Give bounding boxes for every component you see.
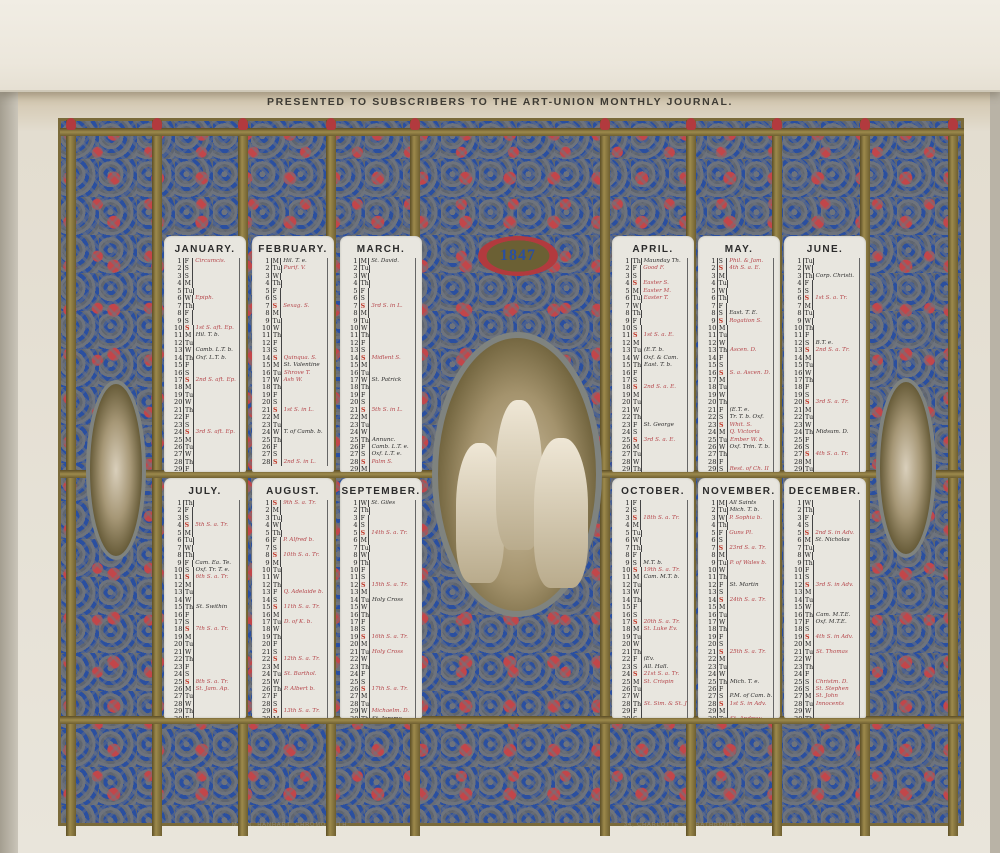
day-list: 1WSt. Giles2Th3F4S5S14th S. a. Tr.6M7Tu8… <box>350 500 416 718</box>
day-row: 15ThSt. Swithin <box>174 604 239 611</box>
day-event <box>642 399 687 406</box>
weekday: F <box>632 656 642 663</box>
day-row: 8W <box>794 552 859 559</box>
weekday: W <box>184 701 194 708</box>
day-row: 22M <box>708 656 773 663</box>
day-row: 16ThCam. M.T.E. <box>794 612 859 619</box>
day-row: 4F <box>794 280 859 287</box>
day-event <box>641 522 687 529</box>
day-event: Ash W. <box>282 377 327 384</box>
month-name: FEBRUARY. <box>252 236 334 258</box>
day-row: 21F(E.T. e. <box>708 407 773 414</box>
weekday: Tu <box>804 545 814 552</box>
day-row: 29Th <box>622 466 687 472</box>
day-row: 26Tu <box>174 444 239 451</box>
day-row: 6S <box>350 295 415 302</box>
day-row: 9F <box>622 318 687 325</box>
weekday: S <box>360 679 370 686</box>
day-row: 29WMichaelm. D. <box>350 708 415 715</box>
weekday: M <box>272 362 282 369</box>
weekday: Th <box>272 437 282 444</box>
day-row: 7W <box>622 303 687 310</box>
weekday: Th <box>718 626 728 633</box>
day-event: All Saints <box>727 500 773 507</box>
day-event: Mich. T. e. <box>728 679 773 686</box>
day-event: 9th S. a. Tr. <box>281 500 327 507</box>
day-row: 18Th <box>708 626 773 633</box>
day-event: Maunday Th. <box>642 258 687 265</box>
day-row: 6WEpiph. <box>174 295 239 302</box>
weekday: W <box>804 422 814 429</box>
weekday: F <box>272 641 282 648</box>
day-row: 22M <box>350 414 415 421</box>
day-event <box>728 522 773 529</box>
day-row: 1ThMaunday Th. <box>622 258 687 265</box>
day-row: 23S <box>174 422 239 429</box>
weekday: F <box>360 515 370 522</box>
day-event: 8th S. a. Tr. <box>194 679 239 686</box>
day-event: Oxf. Tr. T. e. <box>194 567 239 574</box>
day-row: 4SEaster S. <box>622 280 687 287</box>
weekday: Tu <box>184 693 194 700</box>
weekday: S <box>272 708 282 715</box>
weekday: W <box>184 347 194 354</box>
day-event <box>282 451 327 458</box>
weekday: Th <box>804 429 814 436</box>
day-row: 3S18th S. a. Tr. <box>622 515 687 522</box>
day-row: 8W <box>350 552 415 559</box>
day-event: P. Alfred b. <box>281 537 327 544</box>
day-event: (Ev. <box>642 656 687 663</box>
day-event <box>728 589 773 596</box>
weekday: S <box>360 355 370 362</box>
day-row: 17FOxf. M.T.E. <box>794 619 859 626</box>
day-row: 28W <box>174 701 239 708</box>
day-row: 3Tu <box>262 515 327 522</box>
day-event <box>727 303 773 310</box>
weekday: S <box>718 318 728 325</box>
day-row: 15F <box>622 604 687 611</box>
crossbar <box>60 128 964 136</box>
book-binding <box>0 86 18 853</box>
month-panel-october: OCTOBER.1F2S3S18th S. a. Tr.4M5Tu6W7Th8F… <box>612 478 694 718</box>
day-list: 1F2S3S18th S. a. Tr.4M5Tu6W7Th8F9SM.T. b… <box>622 500 688 718</box>
day-event <box>282 340 327 347</box>
weekday: Tu <box>718 280 728 287</box>
day-row: 20W <box>622 641 687 648</box>
day-event <box>193 273 239 280</box>
day-event <box>728 664 773 671</box>
weekday: Th <box>632 701 642 708</box>
weekday: S <box>632 612 642 619</box>
day-event <box>642 716 687 718</box>
day-event <box>728 619 773 626</box>
day-row: 8Tu <box>794 310 859 317</box>
weekday: F <box>360 392 370 399</box>
weekday: Th <box>632 649 642 656</box>
weekday: S <box>632 325 642 332</box>
day-event <box>193 280 239 287</box>
day-row: 13WCamb. L.T. b. <box>174 347 239 354</box>
day-event: Ember W. b. <box>728 437 773 444</box>
day-event <box>194 414 239 421</box>
day-row: 26FCamb. L.T. e. <box>350 444 415 451</box>
day-row: 24ThMidsum. D. <box>794 429 859 436</box>
day-event <box>370 370 415 377</box>
weekday: Tu <box>804 310 814 317</box>
day-row: 20Th <box>708 399 773 406</box>
day-event <box>370 347 415 354</box>
day-row: 21S5th S. in L. <box>350 407 415 414</box>
month-panel-august: AUGUST.1S9th S. a. Tr.2M3Tu4W5Th6FP. Alf… <box>252 478 334 718</box>
day-event <box>642 604 687 611</box>
day-event: St. John <box>814 693 859 700</box>
day-event: (E.T. b. <box>642 347 687 354</box>
day-row: 26S <box>794 444 859 451</box>
finial-icon <box>66 118 76 130</box>
weekday: W <box>632 459 642 466</box>
day-row: 28ThSt. Sim. & St. Ju. <box>622 701 687 708</box>
day-row: 11Th <box>262 332 327 339</box>
weekday: Th <box>184 303 194 310</box>
day-row: 7Th <box>622 545 687 552</box>
weekday: F <box>804 280 814 287</box>
day-row: 9W <box>794 318 859 325</box>
day-row: 17S <box>174 619 239 626</box>
day-event <box>642 597 687 604</box>
weekday: S <box>632 280 642 287</box>
day-event <box>814 604 859 611</box>
month-name: NOVEMBER. <box>698 478 780 500</box>
weekday: F <box>360 671 370 678</box>
day-event: Epiph. <box>193 295 239 302</box>
day-row: 1Tu <box>794 258 859 265</box>
weekday: F <box>804 515 814 522</box>
day-event: East. T. b. <box>642 362 687 369</box>
weekday: S <box>718 641 728 648</box>
day-row: 7Tu <box>350 545 415 552</box>
day-event <box>370 545 415 552</box>
weekday: M <box>360 589 370 596</box>
weekday: S <box>272 552 282 559</box>
weekday: Th <box>272 582 282 589</box>
day-row: 14TuHoly Cross <box>350 597 415 604</box>
day-row: 5M <box>174 530 239 537</box>
day-event: Circumcis. <box>193 258 239 265</box>
weekday: Th <box>804 377 814 384</box>
day-row: 21S1st S. in L. <box>262 407 327 414</box>
day-row: 22Tu <box>794 414 859 421</box>
day-row: 1MAll Saints <box>708 500 773 507</box>
day-row: 18S7th S. a. Tr. <box>174 626 239 633</box>
day-row: 14SMidlent S. <box>350 355 415 362</box>
day-row: 20Tu <box>622 399 687 406</box>
day-event <box>281 545 327 552</box>
day-row: 11MHil. T. b. <box>174 332 239 339</box>
weekday: S <box>804 686 814 693</box>
weekday: S <box>272 355 282 362</box>
day-row: 23Tu <box>350 422 415 429</box>
day-row: 29SRest. of Ch. II <box>708 466 773 472</box>
right-figure-oval <box>876 378 936 558</box>
weekday: F <box>272 340 282 347</box>
day-event: Oxf. L.T. e. <box>370 451 415 458</box>
finial-icon <box>410 118 420 130</box>
day-event <box>194 370 239 377</box>
day-row: 14S24th S. a. Tr. <box>708 597 773 604</box>
weekday: S <box>718 258 728 265</box>
day-row: 2Tu <box>350 265 415 272</box>
day-event: Q. Adelaide b. <box>282 589 327 596</box>
day-event <box>194 422 239 429</box>
day-row: 16S <box>622 612 687 619</box>
day-event: Palm S. <box>370 459 415 466</box>
day-event: Camb. L.T. b. <box>194 347 239 354</box>
day-row: 23W <box>794 422 859 429</box>
weekday: F <box>804 671 814 678</box>
weekday: Tu <box>718 716 728 718</box>
weekday: F <box>632 708 642 715</box>
weekday: Tu <box>804 414 814 421</box>
day-event <box>642 649 687 656</box>
weekday: M <box>804 537 814 544</box>
weekday: Tu <box>360 318 370 325</box>
weekday: M <box>360 641 370 648</box>
day-row: 24TuSt. Barthol. <box>262 671 327 678</box>
day-event <box>813 318 859 325</box>
day-event <box>282 280 327 287</box>
day-row: 23Tu <box>262 422 327 429</box>
day-row: 17S <box>622 377 687 384</box>
day-event <box>194 500 239 507</box>
day-event: Holy Cross <box>370 597 415 604</box>
weekday: M <box>718 656 728 663</box>
weekday: Tu <box>272 265 282 272</box>
day-row: 11S <box>350 574 415 581</box>
weekday: Tu <box>804 597 814 604</box>
day-event <box>728 340 773 347</box>
day-event <box>814 560 859 567</box>
day-row: 25Th <box>262 437 327 444</box>
day-event <box>282 392 327 399</box>
day-row: 27F <box>262 693 327 700</box>
day-row: 29Th <box>174 708 239 715</box>
day-row: 3ThCorp. Christi. <box>794 273 859 280</box>
day-event <box>641 500 687 507</box>
weekday: M <box>804 693 814 700</box>
day-event <box>370 626 415 633</box>
day-event <box>642 340 687 347</box>
day-row: 28Th <box>174 459 239 466</box>
day-row: 19Tu <box>622 634 687 641</box>
day-event <box>282 567 327 574</box>
day-row: 29F <box>622 708 687 715</box>
day-row: 10S <box>622 325 687 332</box>
day-row: 21W <box>174 649 239 656</box>
day-event <box>642 545 687 552</box>
weekday: Tu <box>272 318 282 325</box>
day-row: 19S <box>794 392 859 399</box>
day-row: 17M <box>708 377 773 384</box>
day-row: 2M <box>262 507 327 514</box>
weekday: Tu <box>272 515 282 522</box>
month-name: JULY. <box>164 478 246 500</box>
day-row: 11S6th S. a. Tr. <box>174 574 239 581</box>
day-event <box>813 500 859 507</box>
day-number: 29 <box>174 466 184 472</box>
day-event: Rest. of Ch. II <box>728 466 773 472</box>
day-row: 1MHil. T. e. <box>262 258 327 265</box>
year-badge: 1847 <box>478 236 558 276</box>
weekday: W <box>804 318 814 325</box>
weekday: W <box>360 273 370 280</box>
day-event: 23rd S. a. Tr. <box>727 545 773 552</box>
day-row: 21TuHoly Cross <box>350 649 415 656</box>
day-event <box>728 362 773 369</box>
day-row: 20S3rd S. a. Tr. <box>794 399 859 406</box>
weekday: S <box>184 325 194 332</box>
weekday: Th <box>804 560 814 567</box>
day-row: 24S3rd S. aft. Ep. <box>174 429 239 436</box>
weekday: Th <box>804 273 814 280</box>
weekday: Tu <box>184 288 194 295</box>
day-event <box>194 392 239 399</box>
day-row: 27W <box>622 693 687 700</box>
day-row: 1S9th S. a. Tr. <box>262 500 327 507</box>
weekday: Th <box>360 612 370 619</box>
day-event: 24th S. a. Tr. <box>728 597 773 604</box>
day-event <box>728 280 773 287</box>
day-event <box>282 626 327 633</box>
day-event <box>728 459 773 466</box>
day-row: 10F <box>350 567 415 574</box>
finial-icon <box>326 118 336 130</box>
weekday: S <box>272 604 282 611</box>
day-event <box>194 664 239 671</box>
day-event: Oxf. M.T.E. <box>814 619 859 626</box>
weekday: Th <box>360 437 370 444</box>
day-row: 19W <box>708 392 773 399</box>
day-event <box>727 273 773 280</box>
day-row: 24F <box>350 671 415 678</box>
day-event <box>813 515 859 522</box>
day-row: 25SChristm. D. <box>794 679 859 686</box>
month-name: DECEMBER. <box>784 478 866 500</box>
day-row: 15W <box>350 604 415 611</box>
day-row: 4Th <box>262 280 327 287</box>
day-event <box>370 318 415 325</box>
day-row: 11Th <box>350 332 415 339</box>
day-row: 23SAll. Hall. <box>622 664 687 671</box>
weekday: Tu <box>184 392 194 399</box>
day-row: 8M <box>708 552 773 559</box>
day-event <box>194 437 239 444</box>
day-event <box>369 273 415 280</box>
day-event: Oxf. & Cam. <box>642 355 687 362</box>
day-event: 1st S. in Adv. <box>728 701 773 708</box>
day-row: 28S2nd S. in L. <box>262 459 327 466</box>
weekday: Th <box>272 530 282 537</box>
day-event: St. Thomas <box>814 649 859 656</box>
day-event: 3rd S. in Adv. <box>814 582 859 589</box>
weekday: M <box>804 459 814 466</box>
day-event <box>369 537 415 544</box>
day-row: 13M <box>794 589 859 596</box>
weekday: F <box>632 500 642 507</box>
weekday: F <box>804 332 814 339</box>
day-row: 21Th <box>622 649 687 656</box>
finial-icon <box>152 118 162 130</box>
weekday: S <box>804 347 814 354</box>
day-row: 3S <box>622 273 687 280</box>
weekday: S <box>184 671 194 678</box>
weekday: S <box>804 634 814 641</box>
day-row: 23Th <box>350 664 415 671</box>
day-event <box>282 414 327 421</box>
day-event <box>814 377 859 384</box>
day-event <box>728 634 773 641</box>
weekday: F <box>718 686 728 693</box>
day-row: 13S <box>262 347 327 354</box>
day-row: 20S <box>708 641 773 648</box>
weekday: S <box>632 332 642 339</box>
weekday: Tu <box>632 582 642 589</box>
day-row: 17Th <box>794 377 859 384</box>
day-row: 12Tu <box>174 340 239 347</box>
day-event: Midsum. D. <box>814 429 859 436</box>
day-event <box>194 693 239 700</box>
weekday: Th <box>360 560 370 567</box>
day-row: 6W <box>622 537 687 544</box>
weekday: Th <box>272 280 282 287</box>
weekday: W <box>804 708 814 715</box>
day-row: 4S5th S. a. Tr. <box>174 522 239 529</box>
day-event <box>728 708 773 715</box>
weekday: Th <box>360 507 370 514</box>
day-event <box>814 545 859 552</box>
day-event: S. a. Ascen. D. <box>728 370 773 377</box>
day-event <box>370 679 415 686</box>
day-event <box>370 701 415 708</box>
day-number: 30 <box>622 716 632 718</box>
weekday: Tu <box>718 507 728 514</box>
weekday: F <box>184 310 194 317</box>
day-number: 29 <box>794 466 804 472</box>
weekday: F <box>184 466 194 472</box>
center-medallion-illustration <box>432 332 602 617</box>
day-event: Annunc. <box>370 437 415 444</box>
day-list: 1FCircumcis.2S3S4M5Tu6WEpiph.7Th8F9S10S1… <box>174 258 240 472</box>
pillar <box>948 120 958 836</box>
day-row: 23Th <box>794 664 859 671</box>
day-row: 1SPhil. & Jam. <box>708 258 773 265</box>
day-event <box>728 641 773 648</box>
day-event: Tr. T. b. Oxf. <box>728 414 773 421</box>
day-event <box>814 507 859 514</box>
weekday: F <box>184 362 194 369</box>
weekday: Th <box>718 399 728 406</box>
day-event: Easter M. <box>641 288 687 295</box>
weekday: W <box>272 429 282 436</box>
day-row: 14W <box>174 597 239 604</box>
day-event: 2nd S. a. Tr. <box>814 347 859 354</box>
day-row: 19F <box>262 392 327 399</box>
day-row: 6S <box>262 295 327 302</box>
weekday: F <box>272 693 282 700</box>
day-event <box>194 340 239 347</box>
day-row: 14ThOxf. L.T. b. <box>174 355 239 362</box>
day-event: Rogation S. <box>727 318 773 325</box>
